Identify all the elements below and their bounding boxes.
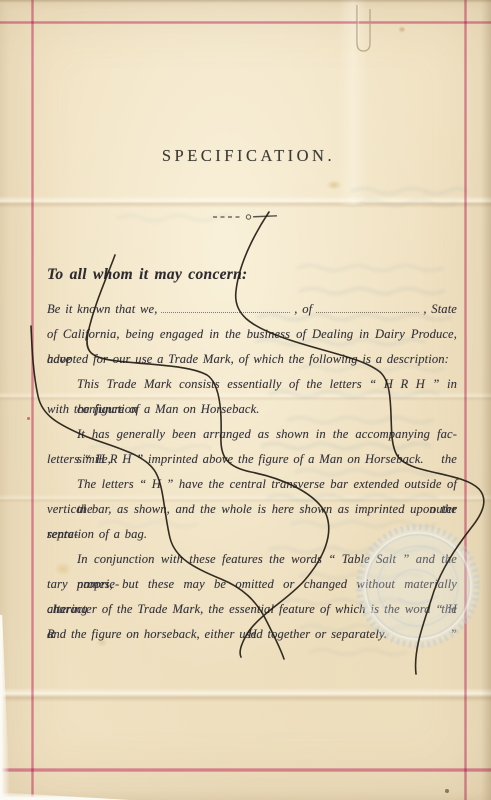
document-body: Be it known that we, , of , State of Cal… [47,297,457,647]
body-line: In conjunction with these features the w… [47,547,457,572]
red-speck [27,417,30,420]
paper-streak [338,0,368,205]
scan-edge [0,791,130,800]
scanned-document-page: SPECIFICATION. To all whom it may concer… [0,0,491,800]
opening-part1: Be it known that we, [47,297,157,322]
body-line: The letters “ H ” have the central trans… [47,472,457,497]
body-line: with the figure of a Man on Horseback. [47,397,457,422]
body-line: This Trade Mark consists essentially of … [47,372,457,397]
blank-leader [316,298,419,313]
body-line: character of the Trade Mark, the essenti… [47,597,457,622]
page-edge-shadow [481,0,491,800]
opening-line: Be it known that we, , of , State [47,297,457,322]
blank-leader [161,298,290,313]
margin-rule-left [31,0,34,800]
margin-rule-top [0,21,491,24]
body-line: vertical bar, as shown, and the whole is… [47,497,457,522]
stain-spot [398,26,406,33]
body-line: of California, being engaged in the busi… [47,322,457,347]
salutation: To all whom it may concern: [47,266,248,284]
body-line: letters “ H R H ” imprinted above the fi… [47,447,457,472]
margin-rule-right [464,0,467,800]
scan-edge [0,615,10,800]
body-line: It has generally been arranged as shown … [47,422,457,447]
opening-part3: , State [423,297,457,322]
opening-part2: , of [294,297,312,322]
fold-crease [0,688,491,702]
body-line: tary names, but these may be omitted or … [47,572,457,597]
document-title: SPECIFICATION. [0,146,491,166]
dark-speck [445,789,449,793]
body-line: sentation of a bag. [47,522,457,547]
margin-rule-bottom [0,768,491,772]
body-line: adopted for our use a Trade Mark, of whi… [47,347,457,372]
fold-crease [0,196,491,208]
page-edge-shadow [0,0,491,3]
